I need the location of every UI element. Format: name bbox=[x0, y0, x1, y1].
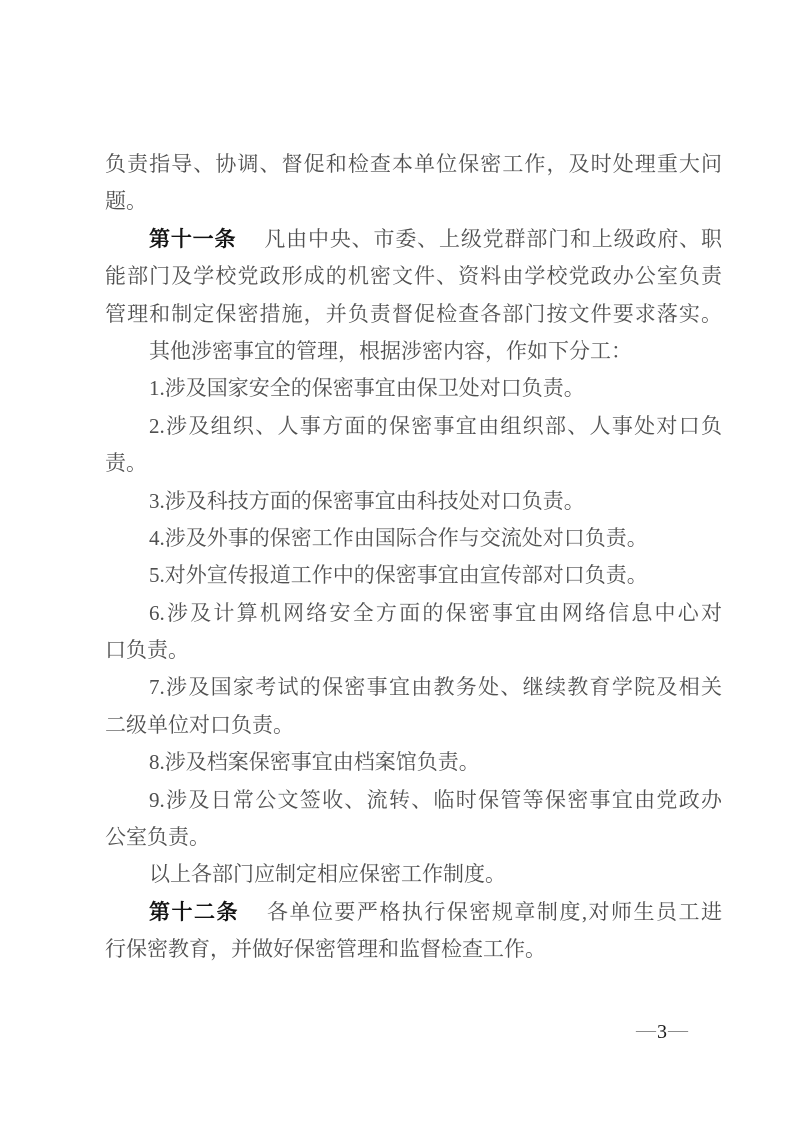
document-page: 负责指导、协调、督促和检查本单位保密工作，及时处理重大问 题。 第十一条凡由中央… bbox=[0, 0, 794, 1122]
document-line: 第十一条凡由中央、市委、上级党群部门和上级政府、职 bbox=[105, 221, 722, 258]
article-11-text: 凡由中央、市委、上级党群部门和上级政府、职 bbox=[264, 227, 722, 251]
page-number-value: 3 bbox=[656, 1021, 668, 1043]
document-line: 8.涉及档案保密事宜由档案馆负责。 bbox=[105, 744, 722, 781]
document-line: 口负责。 bbox=[105, 632, 722, 669]
document-line: 5.对外宣传报道工作中的保密事宜由宣传部对口负责。 bbox=[105, 557, 722, 594]
article-12-term: 第十二条 bbox=[149, 900, 239, 924]
article-12-text: 各单位要严格执行保密规章制度,对师生员工进 bbox=[267, 900, 722, 924]
document-line: 行保密教育，并做好保密管理和监督检查工作。 bbox=[105, 931, 722, 968]
document-line: 2.涉及组织、人事方面的保密事宜由组织部、人事处对口负 bbox=[105, 408, 722, 445]
document-line: 3.涉及科技方面的保密事宜由科技处对口负责。 bbox=[105, 483, 722, 520]
page-number-dash-right: — bbox=[668, 1019, 688, 1041]
document-text-block: 负责指导、协调、督促和检查本单位保密工作，及时处理重大问 题。 第十一条凡由中央… bbox=[105, 146, 722, 969]
document-line: 二级单位对口负责。 bbox=[105, 707, 722, 744]
document-line: 4.涉及外事的保密工作由国际合作与交流处对口负责。 bbox=[105, 520, 722, 557]
article-11-term: 第十一条 bbox=[149, 227, 236, 251]
document-line: 责。 bbox=[105, 445, 722, 482]
document-line: 第十二条各单位要严格执行保密规章制度,对师生员工进 bbox=[105, 894, 722, 931]
document-line: 6.涉及计算机网络安全方面的保密事宜由网络信息中心对 bbox=[105, 595, 722, 632]
document-line: 7.涉及国家考试的保密事宜由教务处、继续教育学院及相关 bbox=[105, 669, 722, 706]
document-line: 负责指导、协调、督促和检查本单位保密工作，及时处理重大问 bbox=[105, 146, 722, 183]
document-line: 题。 bbox=[105, 183, 722, 220]
document-line: 能部门及学校党政形成的机密文件、资料由学校党政办公室负责 bbox=[105, 258, 722, 295]
document-line: 以上各部门应制定相应保密工作制度。 bbox=[105, 856, 722, 893]
page-number-dash-left: — bbox=[636, 1019, 656, 1041]
document-line: 管理和制定保密措施，并负责督促检查各部门按文件要求落实。 bbox=[105, 296, 722, 333]
document-line: 9.涉及日常公文签收、流转、临时保管等保密事宜由党政办 bbox=[105, 782, 722, 819]
document-line: 其他涉密事宜的管理，根据涉密内容，作如下分工： bbox=[105, 333, 722, 370]
page-number: —3— bbox=[636, 1019, 688, 1045]
document-line: 1.涉及国家安全的保密事宜由保卫处对口负责。 bbox=[105, 370, 722, 407]
document-line: 公室负责。 bbox=[105, 819, 722, 856]
